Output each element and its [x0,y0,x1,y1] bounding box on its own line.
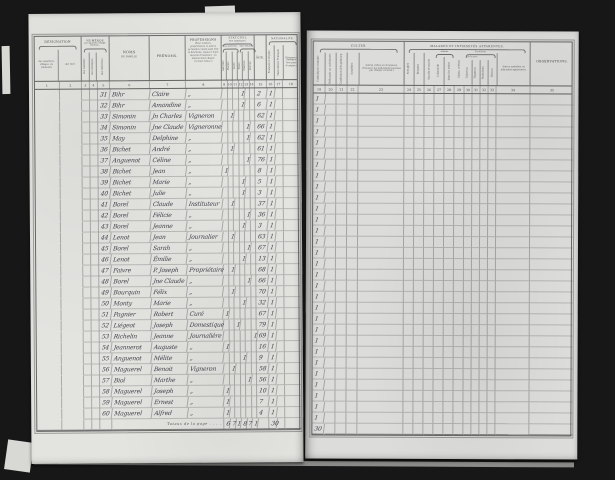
cell [464,160,472,171]
register-row-right: 1 [313,347,571,359]
cell: „ [186,243,223,254]
cell: „ [186,177,223,188]
cell [414,369,424,380]
cell [60,134,82,145]
cell [325,314,336,325]
cell [530,281,573,292]
cell [358,204,404,215]
cell [347,94,358,105]
cell: 1 [268,275,277,286]
nationalite-header: NATIONALITÉ. Français d'origineNaturalis… [267,35,299,79]
col-number: 27 [435,86,445,94]
cell [424,314,434,325]
cell [276,297,284,308]
cell [530,193,573,204]
cell [464,94,472,105]
cell [464,259,472,270]
cell [414,270,424,281]
cell [480,314,488,325]
column-label-text: Aveugles [408,63,411,74]
cell: Jn Charles [149,111,186,122]
cell: Vigneron [187,364,224,375]
cell [472,149,480,160]
cell [472,127,480,138]
cell [463,391,471,402]
cell [347,149,358,160]
cell [444,138,454,149]
cell: 1 [266,121,275,132]
cell [496,237,530,248]
cell [464,281,472,292]
cell [454,270,464,281]
cell [325,127,336,138]
cell [487,380,495,391]
register-row-right: 1 [313,314,571,326]
cell [324,380,335,391]
cell [83,200,91,211]
cell [454,303,464,314]
cell [488,127,496,138]
cell [480,116,488,127]
cell: Maguerel [111,408,152,419]
scrof-cols: GoitreuxTeigneuxPieds-botsBossus [465,60,497,85]
cell [454,182,464,193]
cell [358,292,404,303]
cell [82,134,90,145]
cell [423,413,433,424]
cell [61,233,83,244]
cell [424,226,434,237]
cell: Anguenot [111,353,152,364]
col-label: Étrangers. (Indiquer leur pays d'origine… [285,57,298,68]
total-value: 30 [312,424,326,435]
cell [414,281,424,292]
cell [347,336,358,347]
cell [336,369,347,380]
cell [496,105,530,116]
cell: May [110,133,151,144]
cell [36,310,61,321]
cell [325,336,336,347]
cell: Bichet [110,144,151,155]
column-label-text: Naturalisés Français [277,49,280,75]
cell [403,391,413,402]
cell [325,204,336,215]
cell [496,182,530,193]
cell [61,211,83,222]
cell [277,352,285,363]
cell: 1 [312,182,326,193]
cell [433,413,443,424]
cell [61,299,83,310]
cell: 1 [229,364,236,375]
col-quartiers: des quartiers, villages, ou hameaux [35,50,60,81]
cell [276,253,284,264]
register-row-right: 1 [312,402,570,414]
cell [285,385,301,396]
cell [413,413,423,424]
cell [404,270,414,281]
cell [283,132,299,143]
cell [444,270,454,281]
cell [444,314,454,325]
cell [404,127,414,138]
cell [347,226,358,237]
totals-label: Totaux de la page . . . . [112,419,224,431]
cell [277,374,285,385]
cell [464,336,472,347]
cell: 1 [312,160,326,171]
cell [434,94,444,105]
cell [336,127,347,138]
cell: 1 [228,199,235,210]
col-number: 1 [35,82,60,90]
cell: 1 [267,176,276,187]
cell [414,138,424,149]
cell [480,292,488,303]
col-number: 20 [326,86,337,94]
cell [454,160,464,171]
cell [60,90,82,101]
cell [276,187,284,198]
cell [84,332,92,343]
cell [530,182,573,193]
cell [487,424,495,435]
cell [275,154,283,165]
cell [529,391,572,402]
cell [424,292,434,303]
cell [414,94,424,105]
cell [464,116,472,127]
cell [92,419,100,430]
cell [488,314,496,325]
cell [283,121,299,132]
cell: 1 [268,352,277,363]
cell [37,420,62,431]
col-number: 4 [90,81,98,89]
cell [324,413,335,424]
cell [444,215,454,226]
cell [464,248,472,259]
cell [530,369,573,380]
cell [346,413,357,424]
noms-title: NOMS [110,50,149,54]
register-row-right: 1 [313,336,571,348]
column-label: à domicile [435,57,445,85]
cell [413,391,423,402]
cell [404,116,414,127]
cell: 1 [267,253,276,264]
col-number: 30 [465,86,473,94]
cell: 1 [266,99,275,110]
cell [424,248,434,259]
cell [336,237,347,248]
cell [472,193,480,204]
cell [454,292,464,303]
page-sliver-left [2,46,11,94]
column-label: Idiots, crétins [455,53,465,85]
cell [434,347,444,358]
column-label-text: Catholiques romains [318,55,321,81]
scanned-register-spread: { "scan": {"background": "#171717", "pap… [0,0,615,480]
noms-header: NOMS DE FAMILLE [110,36,150,80]
cell [276,286,284,297]
cell [424,358,434,369]
cell [529,424,572,435]
cell [530,358,573,369]
cell [358,336,404,347]
cell [472,237,480,248]
cell [277,396,285,407]
cell [472,94,480,105]
cell [36,266,61,277]
right-rows: 11111111111111111111111111111130 [312,94,571,436]
cell [62,420,84,431]
cell [496,281,530,292]
cell [433,391,443,402]
cell [480,193,488,204]
cell [454,347,464,358]
cell [443,380,453,391]
cell [480,347,488,358]
cell [496,160,530,171]
cell [285,407,301,418]
cell [285,396,301,407]
cell [404,226,414,237]
cell [325,358,336,369]
cell [414,127,424,138]
cell: Maguerel [111,364,152,375]
cell [433,402,443,413]
cell [480,149,488,160]
cell [496,193,530,204]
cell [488,369,496,380]
cell [444,248,454,259]
cell [347,314,358,325]
cell [61,266,83,277]
cell [424,259,434,270]
cell [530,149,573,160]
cell [444,105,454,116]
cell: 1 [313,94,327,105]
cell [414,105,424,116]
cell: Curé [187,309,224,320]
cell [464,127,472,138]
cell: Borel [111,276,152,287]
cell [434,336,444,347]
cell: 1 [268,374,277,385]
cell [404,237,414,248]
cell [434,138,444,149]
cell [454,149,464,160]
cell: Alfred [151,408,188,419]
cell: P. Joseph [150,265,187,276]
cell [444,182,454,193]
cell [530,237,573,248]
cell: 1 [313,105,327,116]
cell [324,391,335,402]
cell [496,325,530,336]
col-number: 8 [186,81,222,89]
cell [530,336,573,347]
cell [60,101,82,112]
cell [277,385,285,396]
cell: „ [185,100,222,111]
cell [529,413,572,424]
cell [83,277,91,288]
malades-cols1: AveuglesBorgnesSourds-et-muets [405,53,435,85]
cell [60,156,82,167]
cell [423,391,433,402]
cell [479,380,487,391]
cell [325,347,336,358]
register-row-right: 1 [313,215,571,227]
cell [433,380,443,391]
cell: „ [186,155,223,166]
idiots-col: Idiots, crétins [455,53,465,85]
cell [454,105,464,116]
cell [336,259,347,270]
cell [464,226,472,237]
cell [424,160,434,171]
cell [336,215,347,226]
cell [336,325,347,336]
cell [488,116,496,127]
cell [36,255,61,266]
cell [285,418,301,429]
cell [277,330,285,341]
cell [404,182,414,193]
cell [444,281,454,292]
cell [83,222,91,233]
cell [336,347,347,358]
cell: 1 [239,253,246,264]
cell [496,270,530,281]
cell: Marie [150,177,187,188]
cell [472,259,480,270]
cell [434,182,444,193]
cell [487,402,495,413]
cell [325,325,336,336]
cell: Bichet [110,188,151,199]
cell [530,138,573,149]
cell: „ [186,188,223,199]
cell [358,270,404,281]
cell [424,171,434,182]
col-number: 33 [489,86,497,94]
cell [444,204,454,215]
left-rows: 31BihrClaire„12132BihrAmandine„16133Simo… [35,88,299,431]
cell [496,149,530,160]
cell [347,325,358,336]
cell [488,138,496,149]
cell: 1 [312,369,326,380]
cell: Félix [151,287,188,298]
cell [496,336,530,347]
cell: 1 [228,265,235,276]
cell [35,112,60,123]
cell [488,171,496,182]
cell [488,303,496,314]
total-value: 30 [269,418,278,429]
cell [347,270,358,281]
cell [358,259,404,270]
cell [496,314,530,325]
col-label: Autres cultes ou croyances. (Énoncer les… [361,64,403,73]
right-table-header: CULTES. Catholiques romainsRéformés ou c… [314,42,572,86]
cell [347,105,358,116]
cell [454,358,464,369]
register-row-right: 1 [313,259,571,271]
cell [488,281,496,292]
professions-header: PROFESSIONS (Pour rentiers, propriétaire… [186,36,222,80]
cell: Anguenot [110,155,151,166]
cell [84,321,92,332]
cell: Bichet [110,166,151,177]
cell [284,209,300,220]
cell [488,105,496,116]
cell [336,171,347,182]
cell [434,215,444,226]
cell [277,341,285,352]
cell [346,391,357,402]
cell [434,358,444,369]
cell [358,358,404,369]
cell [37,343,62,354]
cell [404,369,414,380]
cell [480,281,488,292]
cell [404,248,414,259]
cell [347,292,358,303]
cell [463,413,471,424]
cell [336,270,347,281]
cell [404,138,414,149]
cell [60,145,82,156]
cell [275,99,283,110]
cell [472,248,480,259]
cell [358,303,404,314]
designation-title: DÉSIGNATION [35,40,81,44]
cell [424,215,434,226]
cell [84,376,92,387]
cell [275,110,283,121]
cell: 1 [313,138,327,149]
cell [358,182,404,193]
cell: 1 [228,232,235,243]
cell [424,237,434,248]
cell [358,248,404,259]
cell: „ [187,298,224,309]
cell [434,292,444,303]
col-number: 2 [60,82,82,90]
cell: Jean [150,232,187,243]
cell [325,259,336,270]
col-autres-maladies: Autres maladies ou infirmités apparentes… [497,53,530,85]
cell [488,347,496,358]
cell: Jne Claude [151,276,188,287]
cell [414,259,424,270]
cell [443,413,453,424]
cell [480,270,488,281]
cell [325,292,336,303]
totals-row: Totaux de la page . . . .67187130 [37,418,299,431]
cell [276,198,284,209]
cell [444,259,454,270]
cell [84,409,92,420]
cell [283,110,299,121]
cell [62,354,84,365]
cell: Marie [151,298,188,309]
